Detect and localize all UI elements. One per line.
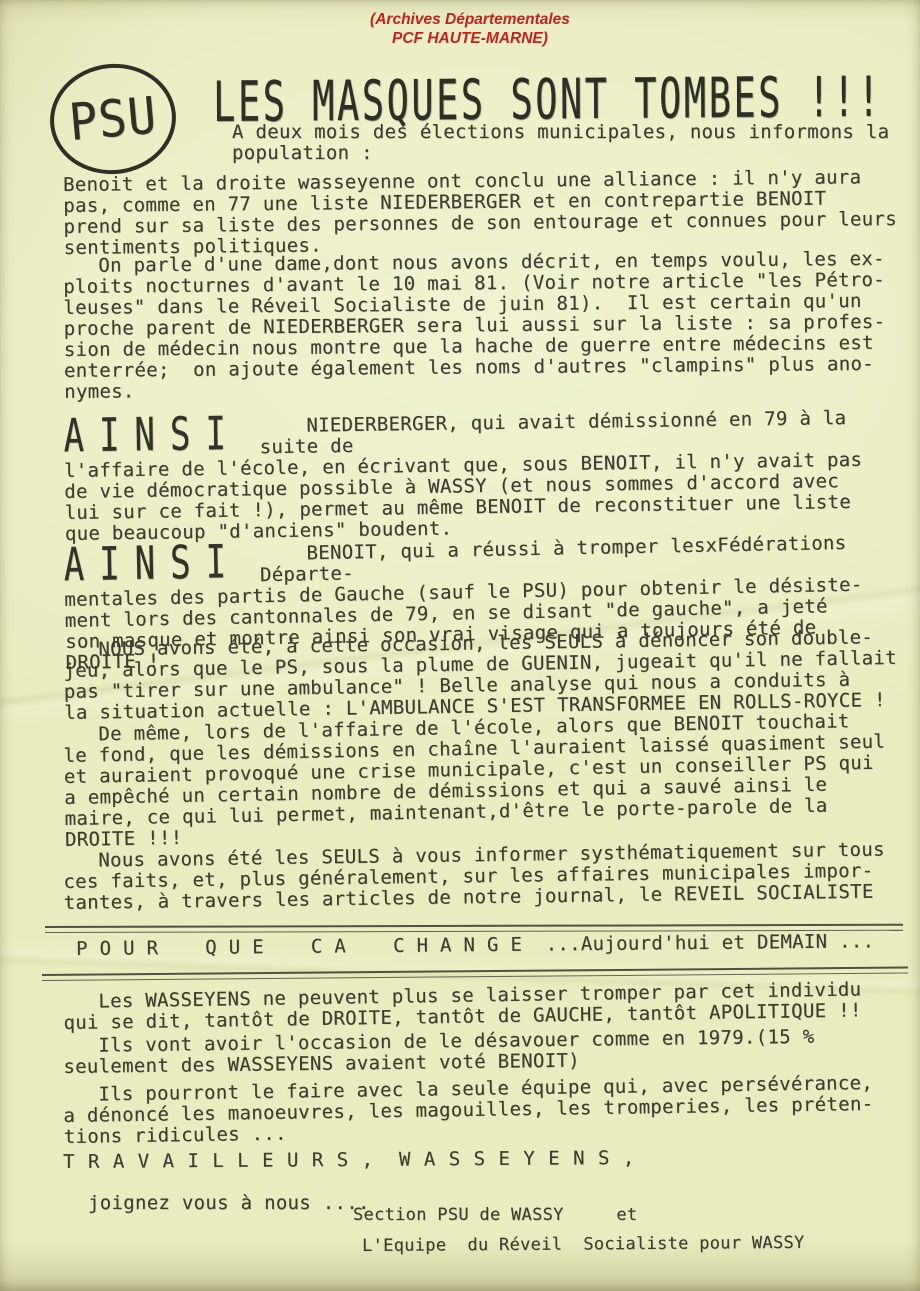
- leaflet-page: (Archives Départementales PCF HAUTE-MARN…: [0, 0, 920, 1291]
- paragraph-alliance: Benoit et la droite wasseyenne ont concl…: [63, 167, 897, 259]
- paragraph-seuls-informer: Nous avons été les SEULS à vous informer…: [63, 840, 886, 914]
- signature-equipe-reveil: L'Equipe du Réveil Socialiste pour WASSY: [362, 1233, 805, 1257]
- paragraph-equipe: Ils pourront le faire avec la seule équi…: [63, 1073, 874, 1148]
- signature-section-psu: Section PSU de WASSY et: [353, 1205, 637, 1226]
- ainsi-keyword-1: AINSI: [63, 416, 259, 454]
- paragraph-desavouer: Ils vont avoir l'occasion de le désavoue…: [63, 1027, 815, 1078]
- paragraph-affaire-ecole: De même, lors de l'affaire de l'école, a…: [63, 711, 887, 851]
- intro-paragraph: A deux mois des élections municipales, n…: [232, 122, 889, 164]
- psu-logo: PSU: [45, 58, 182, 181]
- join-us-line: joignez vous à nous ....: [88, 1193, 370, 1214]
- paragraph-dame: On parle d'une dame,dont nous avons décr…: [63, 249, 886, 403]
- ainsi-keyword-2: AINSI: [63, 544, 260, 583]
- paragraph-seuls-denoncer: NOUS avons été, à cette occasion, les SE…: [63, 627, 898, 724]
- psu-logo-text: PSU: [67, 86, 160, 153]
- banner-slogan: P O U R Q U E C A C H A N G E ...Aujourd…: [76, 931, 874, 960]
- archive-stamp: (Archives Départementales PCF HAUTE-MARN…: [370, 10, 570, 48]
- travailleurs-appeal: T R A V A I L L E U R S , W A S S E Y E …: [63, 1148, 635, 1173]
